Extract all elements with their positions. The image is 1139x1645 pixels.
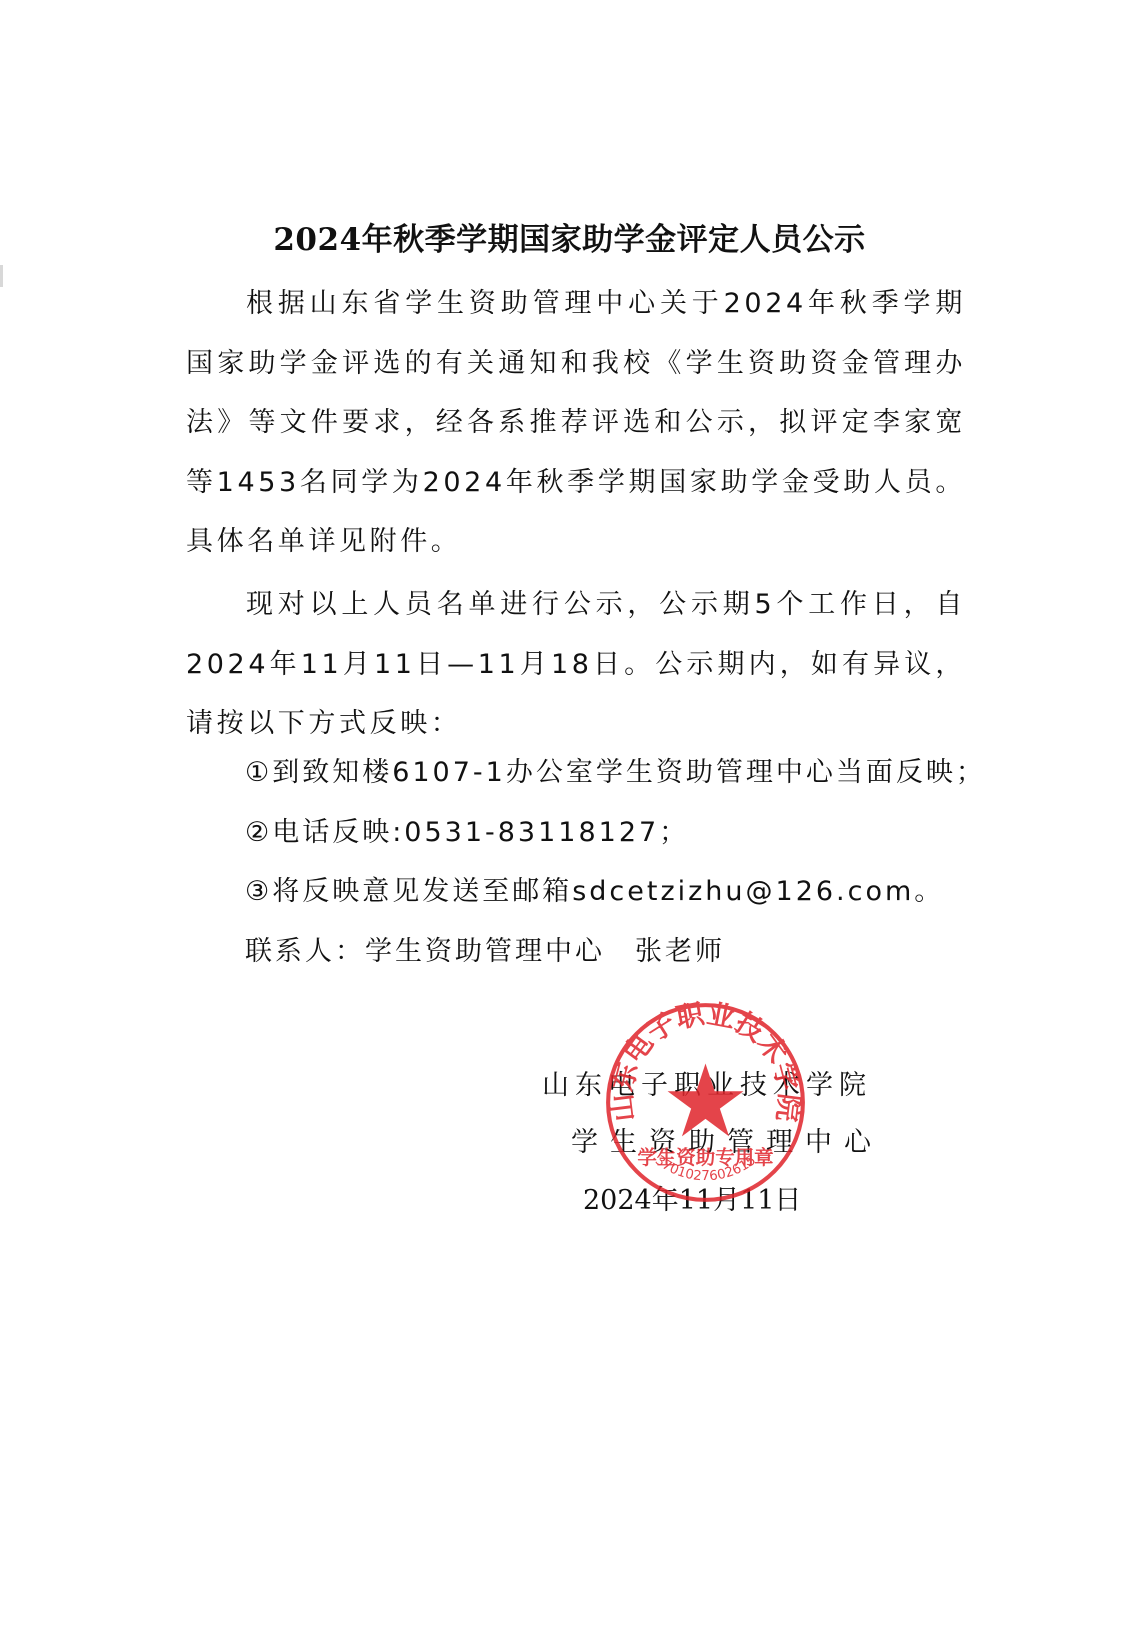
official-seal-icon: 山东电子职业技术学院 学生资助专用章 3701027602615 <box>603 1000 808 1205</box>
feedback-method-email: ③将反映意见发送至邮箱sdcetzizhu@126.com。 <box>245 869 944 908</box>
body-paragraph-2: 现对以上人员名单进行公示，公示期5个工作日，自2024年11月11日—11月18… <box>186 575 966 754</box>
body-paragraph-1: 根据山东省学生资助管理中心关于2024年秋季学期国家助学金评选的有关通知和我校《… <box>186 274 966 572</box>
feedback-method-in-person: ①到致知楼6107-1办公室学生资助管理中心当面反映； <box>245 750 986 789</box>
scan-edge-mark <box>0 265 3 287</box>
contact-person: 联系人：学生资助管理中心 张老师 <box>245 929 725 968</box>
document-title: 2024年秋季学期国家助学金评定人员公示 <box>0 214 1139 259</box>
feedback-method-phone: ②电话反映:0531-83118127； <box>245 810 689 849</box>
